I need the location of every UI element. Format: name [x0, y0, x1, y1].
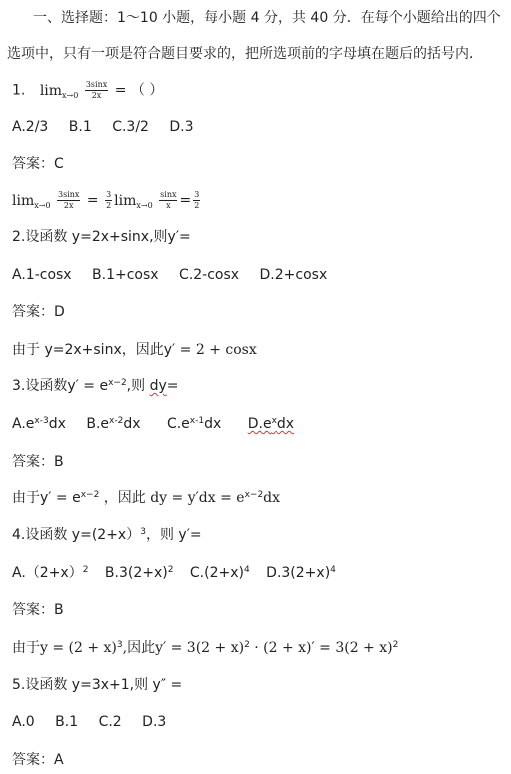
question-4-options: A.（2+x）2 B.3(2+x)2 C.(2+x)4 D.3(2+x)4: [12, 563, 336, 583]
intro-line-1: 一、选择题：1～10 小题，每小题 4 分，共 40 分．在每个小题给出的四个: [33, 8, 501, 28]
question-4-stem: 4.设函数 y=(2+x）3，则 y′=: [12, 525, 202, 545]
question-1-answer: 答案：C: [12, 154, 64, 174]
question-3-explanation: 由于y′ = ex−2 ，因此 dy = y′dx = ex−2dx: [12, 488, 280, 508]
question-1-explanation: limx→0 3sinx2x = 32limx→0 sinxx=32: [12, 190, 202, 216]
lim-expression: limx→0: [40, 83, 79, 99]
option-b: B.ex-2dx: [86, 414, 140, 434]
option-a: A.（2+x）2: [12, 563, 88, 583]
question-2-options: A.1-cosx B.1+cosx C.2-cosx D.2+cosx: [12, 265, 327, 285]
option-c: C.2: [99, 712, 122, 732]
question-1-stem: 1. limx→0 3sinx2x = （ ）: [12, 80, 163, 106]
option-a: A.ex-3dx: [12, 414, 66, 434]
option-c: C.3/2: [112, 117, 149, 137]
question-3-answer: 答案：B: [12, 452, 64, 472]
option-a: A.2/3: [12, 117, 48, 137]
question-number: 1.: [12, 83, 25, 99]
intro-line-2: 选项中，只有一项是符合题目要求的，把所选项前的字母填在题后的括号内．: [7, 44, 483, 64]
option-b: B.1: [55, 712, 78, 732]
question-5-stem: 5.设函数 y=3x+1,则 y″ =: [12, 675, 182, 695]
option-d: D.2+cosx: [260, 265, 328, 285]
question-2-answer: 答案：D: [12, 302, 65, 322]
question-3-options: A.ex-3dx B.ex-2dx C.ex-1dx D.exdx: [12, 414, 294, 434]
option-a: A.0: [12, 712, 35, 732]
question-4-answer: 答案：B: [12, 600, 64, 620]
option-b: B.1+cosx: [92, 265, 159, 285]
spellcheck-underline: dy: [150, 378, 167, 394]
option-a: A.1-cosx: [12, 265, 72, 285]
question-2-explanation: 由于 y=2x+sinx，因此y′ = 2 + cosx: [12, 340, 257, 360]
fraction: 3sinx2x: [85, 80, 108, 101]
option-c: C.(2+x)4: [190, 563, 250, 583]
option-b: B.1: [69, 117, 92, 137]
question-5-answer: 答案：A: [12, 750, 64, 770]
option-c: C.ex-1dx: [167, 414, 221, 434]
question-5-options: A.0 B.1 C.2 D.3: [12, 712, 166, 732]
question-3-stem: 3.设函数y′ = ex−2,则 dy=: [12, 376, 178, 396]
option-d: D.3(2+x)4: [266, 563, 336, 583]
option-d: D.exdx: [248, 414, 294, 434]
question-2-stem: 2.设函数 y=2x+sinx,则y′=: [12, 227, 191, 247]
question-1-options: A.2/3 B.1 C.3/2 D.3: [12, 117, 194, 137]
option-b: B.3(2+x)2: [105, 563, 174, 583]
question-4-explanation: 由于y = (2 + x)3,因此y′ = 3(2 + x)2 · (2 + x…: [12, 638, 398, 658]
option-c: C.2-cosx: [179, 265, 239, 285]
option-d: D.3: [169, 117, 193, 137]
option-d: D.3: [142, 712, 166, 732]
